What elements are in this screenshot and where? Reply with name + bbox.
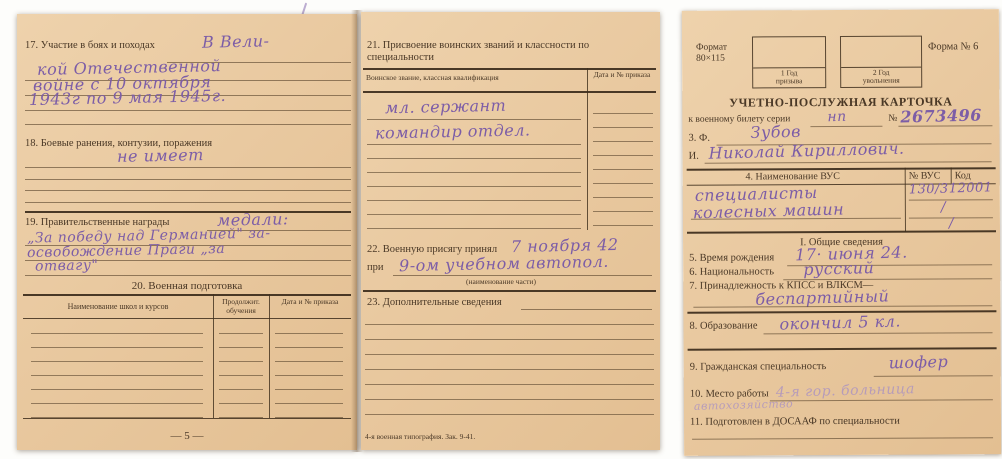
rule bbox=[25, 275, 351, 276]
item23-ruled-lines bbox=[365, 310, 654, 422]
vus-number-handwriting: 130/312001 bbox=[909, 180, 993, 197]
format-word: Формат bbox=[696, 43, 727, 54]
item17-label: 17. Участие в боях и походах bbox=[25, 40, 155, 52]
vus-label: 4. Наименование ВУС bbox=[693, 171, 893, 184]
item22-handwriting-unit: 9-ом учебном автопол. bbox=[399, 252, 609, 275]
box2-line2: увольнения bbox=[841, 77, 921, 86]
box1-line2: призыва bbox=[753, 77, 825, 86]
item11-label: 11. Подготовлен в ДОСААФ по специальност… bbox=[690, 416, 900, 429]
card-panel-middle: 21. Присвоение воинских званий и классно… bbox=[361, 12, 660, 450]
table20-ruled-lines bbox=[219, 320, 263, 418]
item23-label: 23. Дополнительные сведения bbox=[367, 297, 502, 309]
item10-handwriting-line2: автохозяйство bbox=[694, 397, 794, 413]
rule bbox=[25, 167, 351, 168]
item9-handwriting: шофер bbox=[888, 352, 948, 373]
item20-title: 20. Военная подготовка bbox=[17, 280, 357, 293]
item8-label: 8. Образование bbox=[689, 320, 757, 332]
table20-divider bbox=[213, 294, 214, 418]
item22-caption: (наименование части) bbox=[401, 278, 601, 287]
table20-divider bbox=[269, 294, 270, 418]
card-panel-right: Формат 80×115 1 Год призыва 2 Год увольн… bbox=[682, 9, 1001, 456]
vus-table-bottom-border bbox=[687, 230, 996, 234]
table20-ruled-lines bbox=[275, 320, 343, 418]
year-of-call-box: 1 Год призыва bbox=[752, 36, 826, 88]
item10-handwriting: 4-я гор. больница bbox=[776, 381, 915, 401]
rule bbox=[25, 202, 351, 203]
item21-label: 21. Присвоение воинских званий и классно… bbox=[367, 40, 653, 64]
table20-header-col2: Продолжит. обучения bbox=[215, 298, 267, 315]
vus-slash-mark: / bbox=[949, 215, 955, 231]
rule bbox=[693, 305, 992, 308]
section-divider bbox=[688, 347, 997, 351]
table20-bottom-border bbox=[23, 418, 351, 419]
table21-handwriting-rank: мл. сержант bbox=[385, 96, 507, 118]
table21-ruled-lines bbox=[593, 100, 653, 230]
vus-number-label: № ВУС bbox=[909, 170, 941, 182]
rule bbox=[909, 199, 993, 200]
rule bbox=[25, 110, 351, 111]
item5-label: 5. Время рождения bbox=[689, 252, 774, 265]
item9-label: 9. Гражданская специальность bbox=[690, 361, 827, 374]
rule bbox=[770, 399, 993, 401]
serial-number-sign: № bbox=[888, 114, 897, 125]
rule bbox=[898, 125, 992, 126]
table20-header-border bbox=[23, 318, 351, 319]
table21-divider bbox=[587, 68, 588, 230]
rule bbox=[705, 161, 992, 164]
table20-header-col3: Дата и № приказа bbox=[271, 298, 349, 307]
item6-handwriting: русский bbox=[803, 258, 875, 279]
year-of-discharge-box: 2 Год увольнения bbox=[840, 36, 922, 88]
rule bbox=[692, 437, 993, 440]
rule bbox=[874, 375, 993, 377]
item6-label: 6. Национальность bbox=[689, 266, 774, 279]
item17-handwriting-line4: 1943г по 9 мая 1945г. bbox=[29, 86, 226, 109]
rule bbox=[393, 275, 652, 276]
rule bbox=[810, 126, 882, 127]
page-number: — 5 — bbox=[17, 430, 357, 443]
card-panel-left: 17. Участие в боях и походах В Вели- кой… bbox=[17, 14, 357, 450]
format-value: 80×115 bbox=[696, 54, 725, 65]
print-shop-note: 4-я военная типография. Зак. 9-41. bbox=[365, 433, 475, 442]
rule bbox=[764, 332, 993, 334]
rule bbox=[25, 190, 351, 191]
form-number: Форма № 6 bbox=[928, 41, 978, 53]
table21-header-col1: Воинское звание, классная квалификация bbox=[366, 74, 499, 83]
item22-pri-label: при bbox=[367, 262, 384, 274]
table20-ruled-lines bbox=[31, 320, 203, 418]
item17-handwriting-line1: В Вели- bbox=[202, 31, 270, 51]
rule bbox=[25, 179, 351, 180]
vus-slash-mark: / bbox=[941, 199, 947, 215]
rule bbox=[363, 290, 656, 292]
table21-header-col2: Дата и № приказа bbox=[589, 71, 655, 80]
table20-top-border bbox=[23, 294, 351, 296]
item18-handwriting: не имеет bbox=[117, 145, 204, 166]
serial-number-handwriting: 2673496 bbox=[900, 105, 982, 126]
rule bbox=[25, 211, 351, 213]
rule bbox=[25, 124, 351, 125]
serial-handwriting: нп bbox=[827, 109, 847, 125]
item8-handwriting: окончил 5 кл. bbox=[779, 311, 901, 333]
surname-label: 3. Ф. bbox=[688, 133, 709, 145]
item19-handwriting-line4: отвагу" bbox=[35, 257, 99, 274]
table21-ruled-lines bbox=[367, 145, 581, 230]
table21-handwriting-position: командир отдел. bbox=[375, 120, 531, 142]
table20-header-col1: Наименование школ и курсов bbox=[27, 302, 209, 311]
surname-handwriting: Зубов bbox=[750, 122, 801, 142]
rule bbox=[367, 119, 581, 120]
vus-table-divider bbox=[905, 168, 906, 232]
table21-header-border bbox=[363, 91, 656, 93]
name-label: И. bbox=[689, 151, 699, 163]
name-handwriting: Николай Кириллович. bbox=[708, 139, 904, 163]
